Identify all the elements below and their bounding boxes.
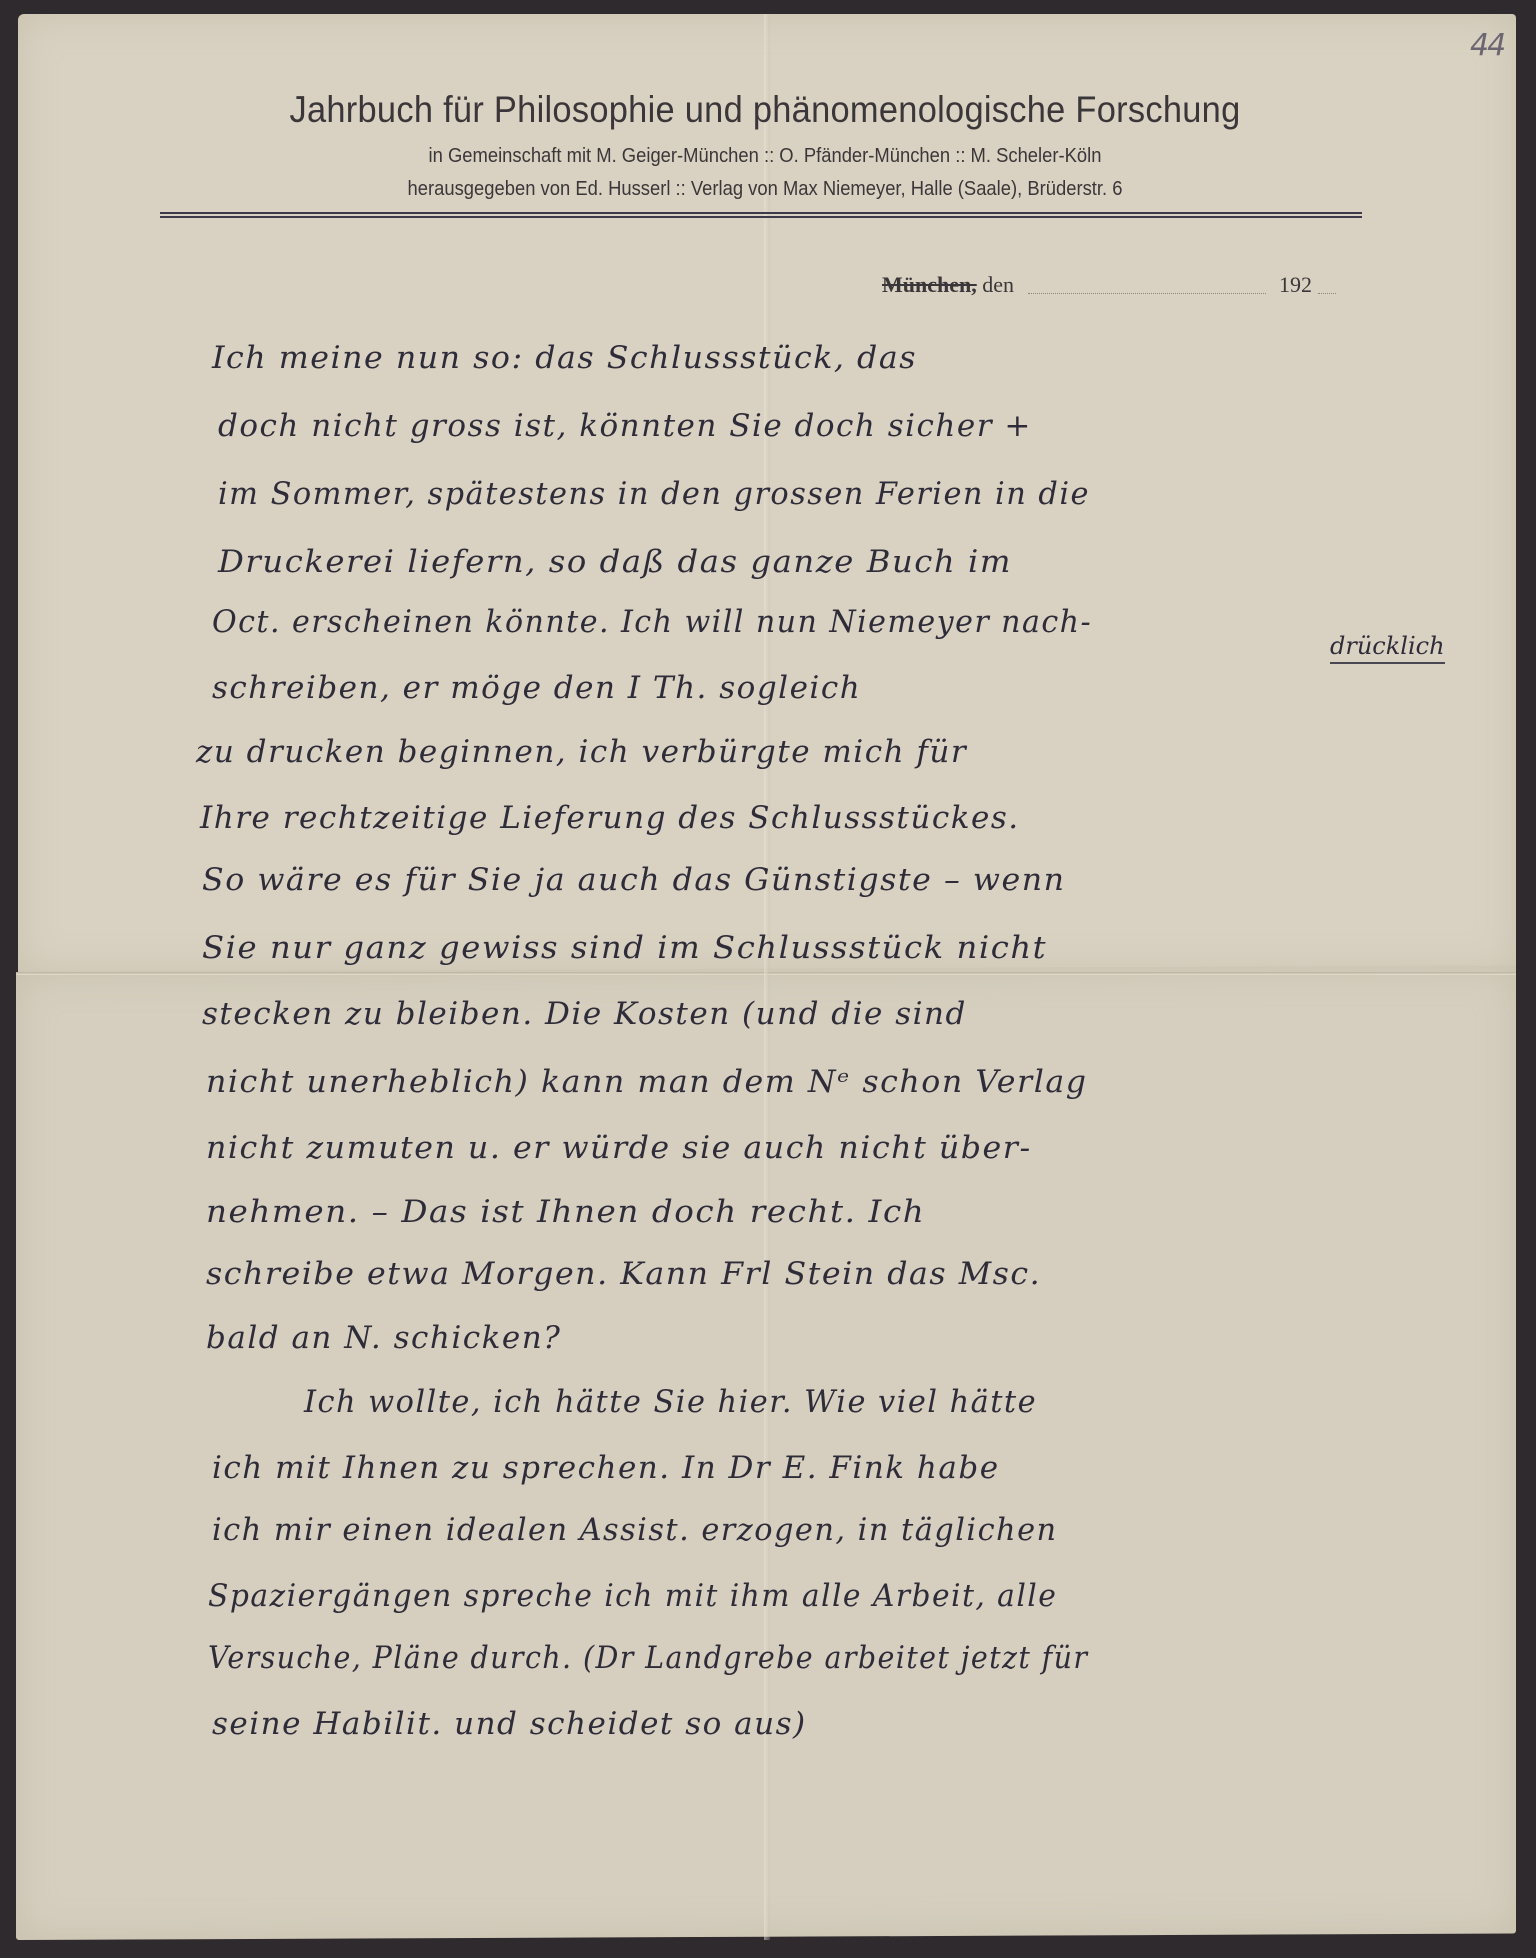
letter-line: seine Habilit. und scheidet so aus) xyxy=(212,1706,807,1742)
letter-line: nicht unerheblich) kann man dem Nᵉ schon… xyxy=(206,1064,1088,1100)
letterhead: Jahrbuch für Philosophie und phänomenolo… xyxy=(160,80,1370,206)
letter-line: Sie nur ganz gewiss sind im Schlussstück… xyxy=(202,930,1047,966)
letter-line: Versuche, Pläne durch. (Dr Landgrebe arb… xyxy=(208,1640,1088,1676)
letter-line: stecken zu bleiben. Die Kosten (und die … xyxy=(202,996,967,1032)
scanned-letter: 44 Jahrbuch für Philosophie und phänomen… xyxy=(0,0,1536,1958)
letter-line: bald an N. schicken? xyxy=(206,1320,561,1356)
letter-line: Ich meine nun so: das Schlussstück, das xyxy=(212,340,917,376)
letter-line: Oct. erscheinen könnte. Ich will nun Nie… xyxy=(212,604,1092,640)
letter-line: Spaziergängen spreche ich mit ihm alle A… xyxy=(208,1578,1057,1614)
letter-line: schreibe etwa Morgen. Kann Frl Stein das… xyxy=(206,1256,1041,1292)
letter-line: doch nicht gross ist, könnten Sie doch s… xyxy=(218,408,1032,444)
letter-line: im Sommer, spätestens in den grossen Fer… xyxy=(218,476,1090,512)
letterhead-collaborators: in Gemeinschaft mit M. Geiger-München ::… xyxy=(208,140,1321,173)
letterhead-title: Jahrbuch für Philosophie und phänomenolo… xyxy=(202,80,1327,140)
date-blank xyxy=(1028,293,1266,294)
struck-place-name: München, xyxy=(882,272,977,297)
letter-line: zu drucken beginnen, ich verbürgte mich … xyxy=(196,734,967,770)
dateline-year-prefix: 192 xyxy=(1279,272,1312,297)
letter-line: ich mit Ihnen zu sprechen. In Dr E. Fink… xyxy=(212,1450,1000,1486)
letter-line: Ihre rechtzeitige Lieferung des Schlusss… xyxy=(200,800,1020,836)
dateline: München, den 192 xyxy=(882,272,1336,298)
letter-line: So wäre es für Sie ja auch das Günstigst… xyxy=(202,862,1066,898)
letter-line: Druckerei liefern, so daß das ganze Buch… xyxy=(218,544,1012,580)
letterhead-publisher: herausgegeben von Ed. Husserl :: Verlag … xyxy=(208,173,1321,206)
archive-page-number: 44 xyxy=(1470,28,1504,63)
letterhead-rule-top xyxy=(160,212,1362,214)
letter-line: nehmen. – Das ist Ihnen doch recht. Ich xyxy=(206,1194,925,1230)
letter-line: schreiben, er möge den I Th. sogleich xyxy=(212,670,861,706)
letter-line: ich mir einen idealen Assist. erzogen, i… xyxy=(212,1512,1058,1548)
year-blank xyxy=(1318,293,1336,294)
dateline-den: den xyxy=(982,272,1014,297)
letterhead-rule-bottom xyxy=(160,216,1362,218)
margin-insert: drücklich xyxy=(1330,632,1445,664)
letter-line: nicht zumuten u. er würde sie auch nicht… xyxy=(206,1130,1032,1166)
letter-line: Ich wollte, ich hätte Sie hier. Wie viel… xyxy=(304,1384,1037,1420)
